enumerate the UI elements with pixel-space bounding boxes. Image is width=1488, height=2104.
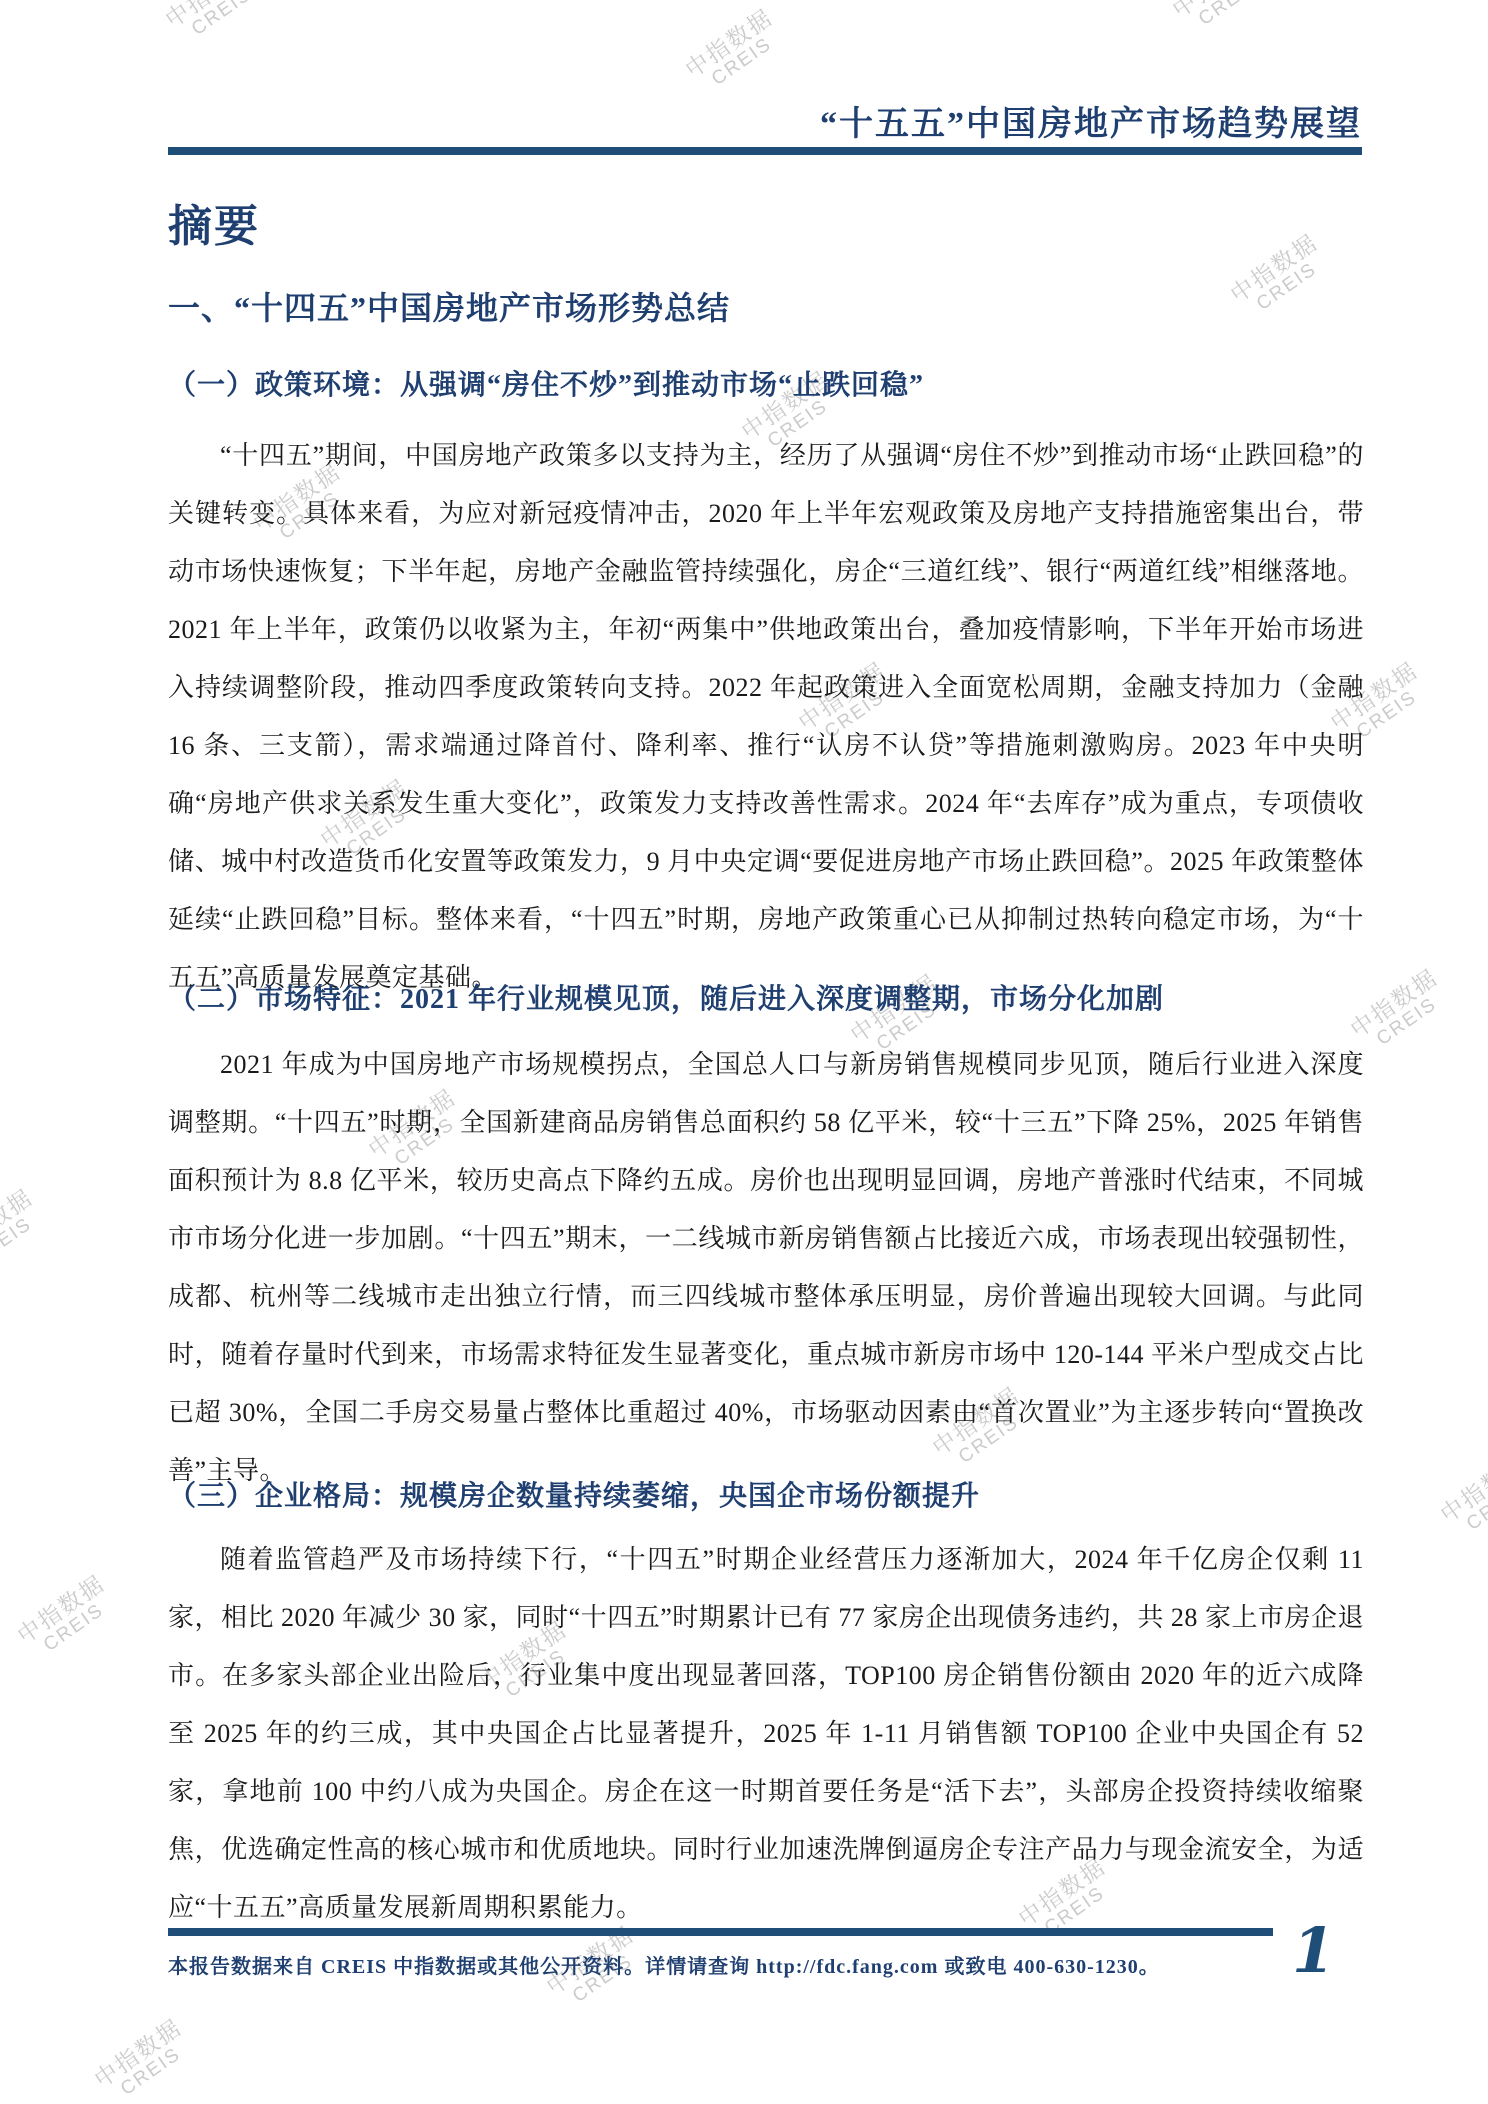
header-rule: [168, 147, 1362, 155]
page-title: 摘要: [168, 190, 260, 254]
footer-note-prefix: 本报告数据来自 CREIS 中指数据或其他公开资料。详情请查询: [168, 1956, 756, 1978]
subsection-heading-enterprise: （三）企业格局：规模房企数量持续萎缩，央国企市场份额提升: [168, 1474, 1362, 1514]
footer-note-suffix: 或致电 400-630-1230。: [938, 1956, 1159, 1978]
watermark: 中指数据CREIS: [90, 2015, 198, 2104]
watermark: 中指数据CREIS: [0, 1185, 49, 1280]
watermark: 中指数据CREIS: [681, 5, 789, 100]
paragraph-policy: “十四五”期间，中国房地产政策多以支持为主，经历了从强调“房住不炒”到推动市场“…: [168, 427, 1364, 1007]
page-number: 1: [1292, 1914, 1335, 1987]
document-page: 中指数据CREIS中指数据CREIS中指数据CREIS中指数据CREIS中指数据…: [0, 0, 1488, 2104]
watermark: 中指数据CREIS: [161, 0, 269, 49]
running-header-title: “十五五”中国房地产市场趋势展望: [168, 96, 1362, 145]
watermark: 中指数据CREIS: [13, 1571, 121, 1666]
section-heading-1: 一、“十四五”中国房地产市场形势总结: [168, 283, 1362, 329]
footer-url-link[interactable]: http://fdc.fang.com: [756, 1956, 938, 1978]
watermark: 中指数据CREIS: [1168, 0, 1276, 39]
footer-rule: [168, 1928, 1273, 1936]
subsection-heading-policy: （一）政策环境：从强调“房住不炒”到推动市场“止跌回稳”: [168, 363, 1362, 403]
paragraph-enterprise: 随着监管趋严及市场持续下行，“十四五”时期企业经营压力逐渐加大，2024 年千亿…: [168, 1531, 1364, 1937]
subsection-heading-market: （二）市场特征：2021 年行业规模见顶，随后进入深度调整期，市场分化加剧: [168, 977, 1362, 1017]
footer-note: 本报告数据来自 CREIS 中指数据或其他公开资料。详情请查询 http://f…: [168, 1950, 1160, 1979]
paragraph-market: 2021 年成为中国房地产市场规模拐点，全国总人口与新房销售规模同步见顶，随后行…: [168, 1036, 1364, 1500]
watermark: 中指数据CREIS: [1436, 1450, 1488, 1545]
